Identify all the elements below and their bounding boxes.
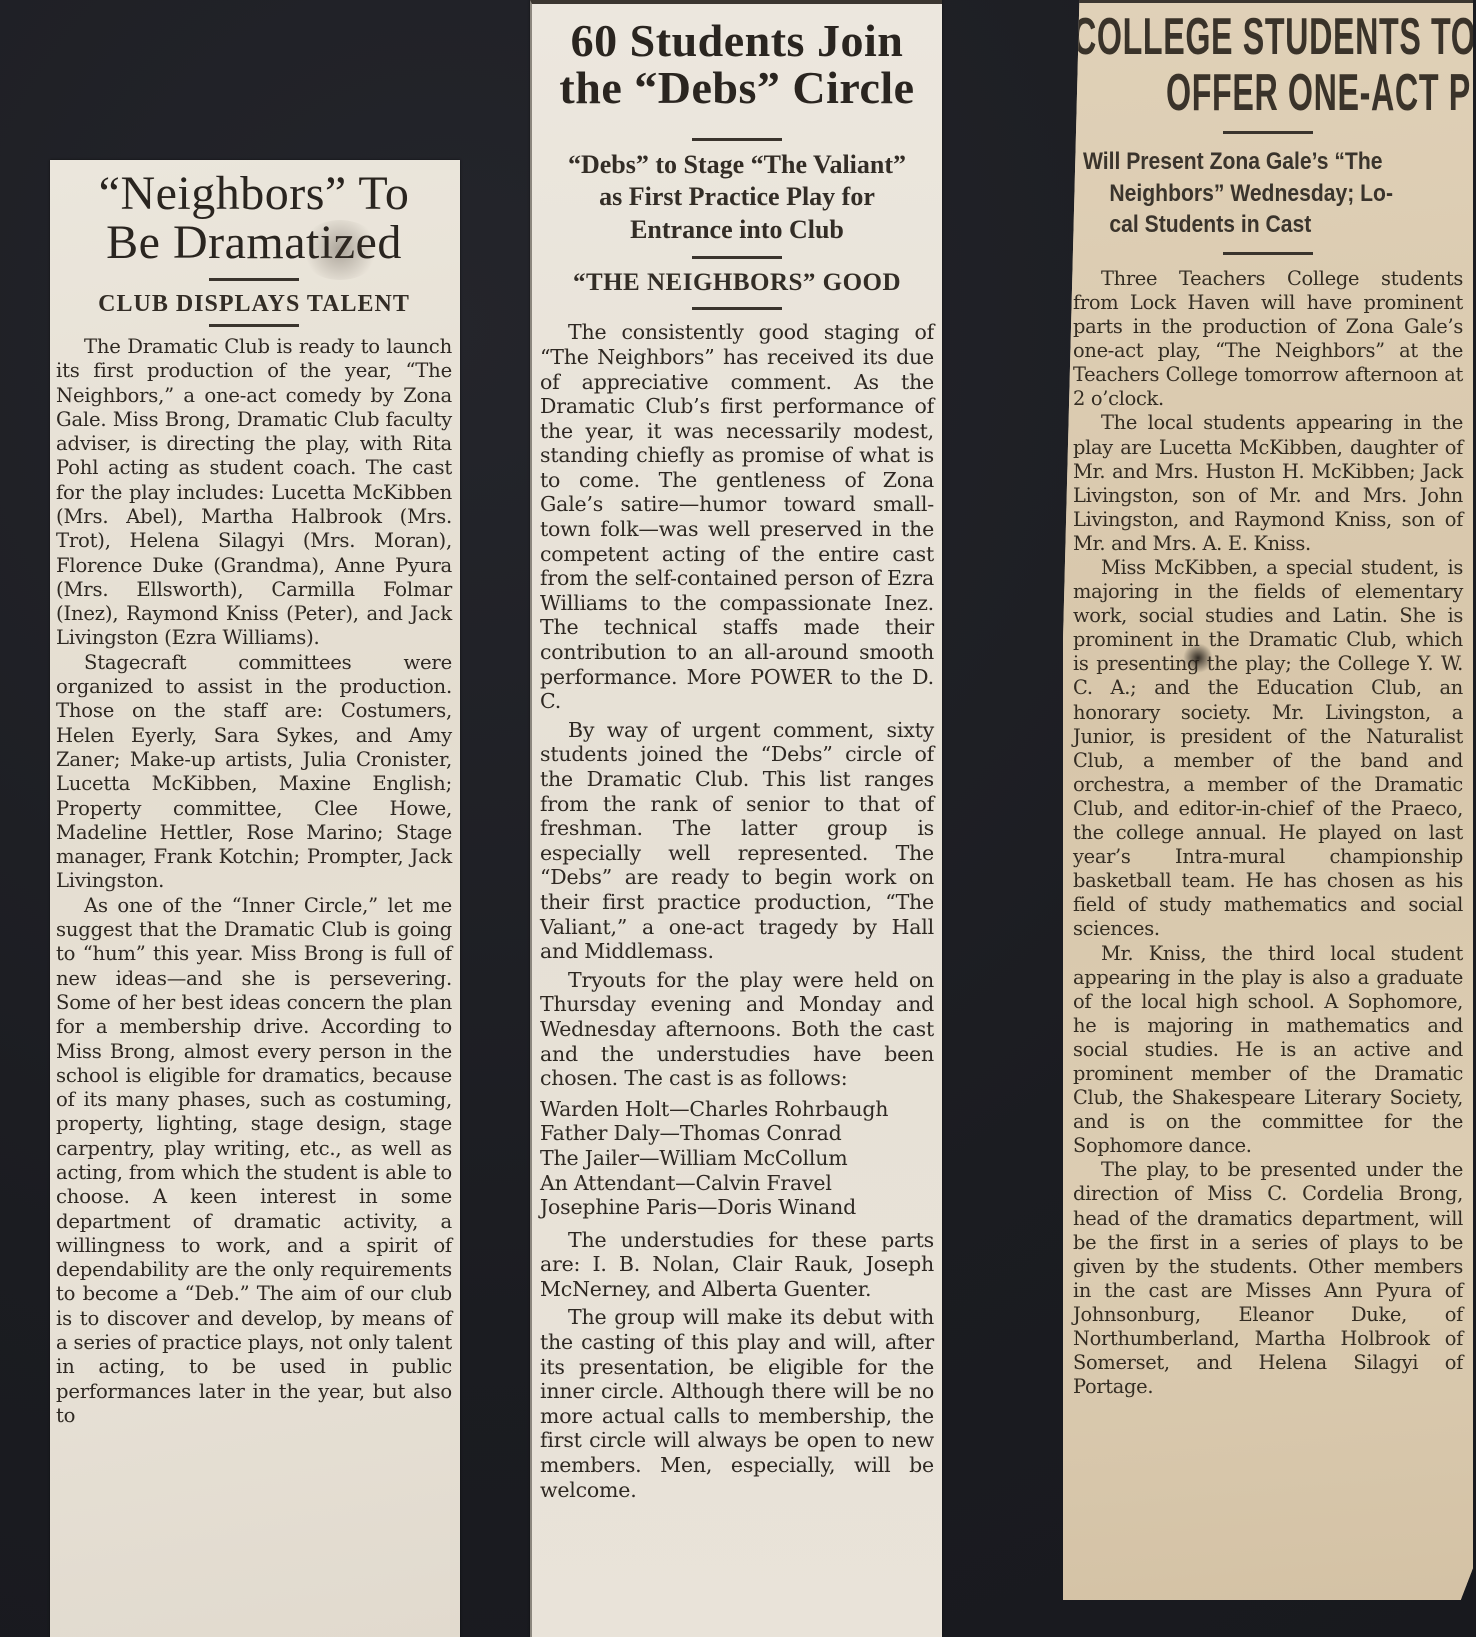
- divider-rule: [692, 256, 782, 259]
- paragraph: As one of the “Inner Circle,” let me sug…: [56, 894, 452, 1429]
- paragraph: Stagecraft committees were organized to …: [56, 651, 452, 894]
- deck-line-3: Entrance into Club: [630, 215, 844, 244]
- divider-rule: [1223, 252, 1313, 255]
- divider-rule: [692, 307, 782, 310]
- paragraph: The play, to be presented under the dire…: [1073, 1158, 1463, 1399]
- clipping-60-students-join-debs-circle: 60 Students Join the “Debs” Circle “Debs…: [530, 0, 942, 1637]
- deck-line-2: as First Practice Play for: [599, 182, 875, 211]
- headline-line-2: OFFER ONE-ACT PLAY: [1073, 65, 1460, 121]
- divider-rule: [209, 324, 299, 327]
- headline: 60 Students Join the “Debs” Circle: [540, 18, 934, 112]
- paragraph: The local students appearing in the play…: [1073, 411, 1463, 556]
- paragraph: Miss McKibben, a special student, is maj…: [1073, 556, 1463, 942]
- deck: “Debs” to Stage “The Valiant” as First P…: [540, 149, 934, 247]
- divider-rule: [692, 138, 782, 141]
- paragraph: Tryouts for the play were held on Thursd…: [540, 968, 934, 1091]
- deck-line-3: cal Students in Cast: [1083, 209, 1467, 240]
- cast-entry: An Attendant—Calvin Fravel: [540, 1171, 934, 1196]
- cast-entry: Warden Holt—Charles Rohrbaugh: [540, 1097, 934, 1122]
- cast-entry: Father Daly—Thomas Conrad: [540, 1121, 934, 1146]
- paper-stain: [300, 220, 380, 280]
- deck-line-1: “Debs” to Stage “The Valiant”: [568, 150, 906, 179]
- cast-entry: Josephine Paris—Doris Winand: [540, 1195, 934, 1220]
- article-body: The Dramatic Club is ready to launch its…: [56, 335, 452, 1428]
- clipping-college-students-to-offer-one-act-play: COLLEGE STUDENTS TO OFFER ONE-ACT PLAY W…: [1063, 0, 1473, 1600]
- ink-blot: [1183, 643, 1213, 673]
- headline-line-1: COLLEGE STUDENTS TO: [1073, 8, 1473, 66]
- headline: COLLEGE STUDENTS TO OFFER ONE-ACT PLAY: [1073, 9, 1460, 121]
- divider-rule: [1223, 131, 1313, 134]
- cast-list: Warden Holt—Charles Rohrbaugh Father Dal…: [540, 1097, 934, 1220]
- headline-line-1: “Neighbors” To: [99, 167, 410, 220]
- paragraph: The consistently good staging of “The Ne…: [540, 320, 934, 714]
- paragraph: Mr. Kniss, the third local student appea…: [1073, 942, 1463, 1159]
- deck: Will Present Zona Gale’s “The Neighbors”…: [1083, 146, 1467, 240]
- deck-line-2: Neighbors” Wednesday; Lo-: [1083, 178, 1467, 209]
- subhead: “THE NEIGHBORS” GOOD: [540, 269, 934, 297]
- paragraph: The group will make its debut with the c…: [540, 1305, 934, 1502]
- headline: “Neighbors” To Be Dramatized: [56, 170, 452, 268]
- article-body: The consistently good staging of “The Ne…: [540, 320, 934, 1502]
- paragraph: Three Teachers College students from Loc…: [1073, 267, 1463, 412]
- paragraph: The Dramatic Club is ready to launch its…: [56, 335, 452, 651]
- deck-line-1: Will Present Zona Gale’s “The: [1083, 148, 1382, 175]
- clipping-neighbors-to-be-dramatized: “Neighbors” To Be Dramatized CLUB DISPLA…: [50, 160, 460, 1637]
- paragraph: By way of urgent comment, sixty students…: [540, 718, 934, 964]
- cast-entry: The Jailer—William McCollum: [540, 1146, 934, 1171]
- deck: CLUB DISPLAYS TALENT: [56, 291, 452, 318]
- article-body: Three Teachers College students from Loc…: [1073, 267, 1463, 1399]
- headline-line-1: 60 Students Join: [571, 15, 904, 66]
- paragraph: The understudies for these parts are: I.…: [540, 1228, 934, 1302]
- divider-rule: [209, 278, 299, 281]
- headline-line-2: the “Debs” Circle: [559, 62, 914, 113]
